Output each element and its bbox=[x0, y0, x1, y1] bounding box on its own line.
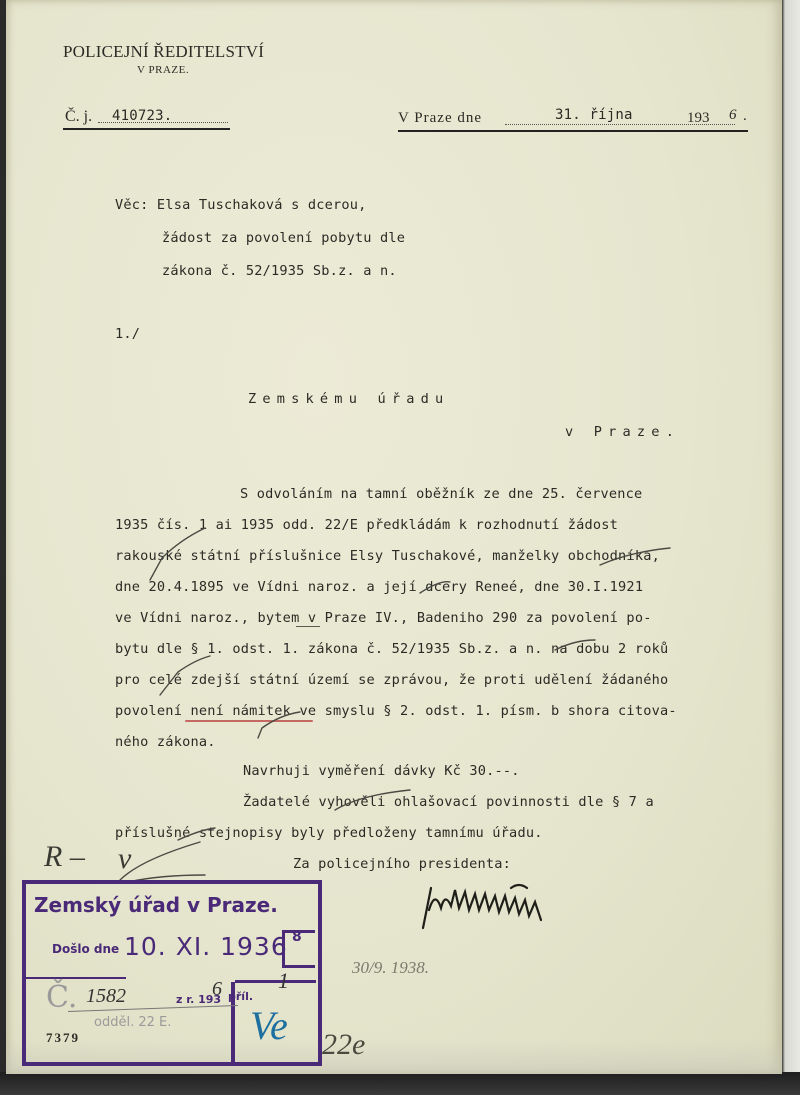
stamp-box-number: 8 bbox=[292, 929, 302, 945]
signature-text: Hyrmin bbox=[415, 880, 416, 881]
stamp-received-date: 10. XI. 1936 bbox=[124, 932, 288, 961]
stamp-attachments-value: 1 bbox=[278, 968, 289, 994]
date-note: 30/9. 1938. bbox=[352, 958, 429, 978]
stamp-received-label: Došlo dne bbox=[52, 942, 119, 956]
stamp-serial: 7379 bbox=[46, 1030, 80, 1046]
stamp-title: Zemský úřad v Praze. bbox=[34, 893, 278, 917]
stamp-year-digit: 6 bbox=[212, 978, 222, 1001]
stamp-blue-mark: Ve bbox=[250, 1002, 288, 1049]
margin-check-mark: v bbox=[118, 842, 131, 876]
stamp-c-label: Č. bbox=[46, 980, 77, 1015]
stamp-separator bbox=[26, 977, 126, 979]
stamp-number: 1582 bbox=[86, 985, 126, 1008]
corner-note: 22e bbox=[322, 1028, 365, 1062]
signature-scribble bbox=[415, 880, 555, 932]
stamp-department: odděl. 22 E. bbox=[94, 1015, 171, 1030]
stamp-divider-top bbox=[235, 980, 316, 983]
margin-mark: R – bbox=[44, 840, 85, 874]
